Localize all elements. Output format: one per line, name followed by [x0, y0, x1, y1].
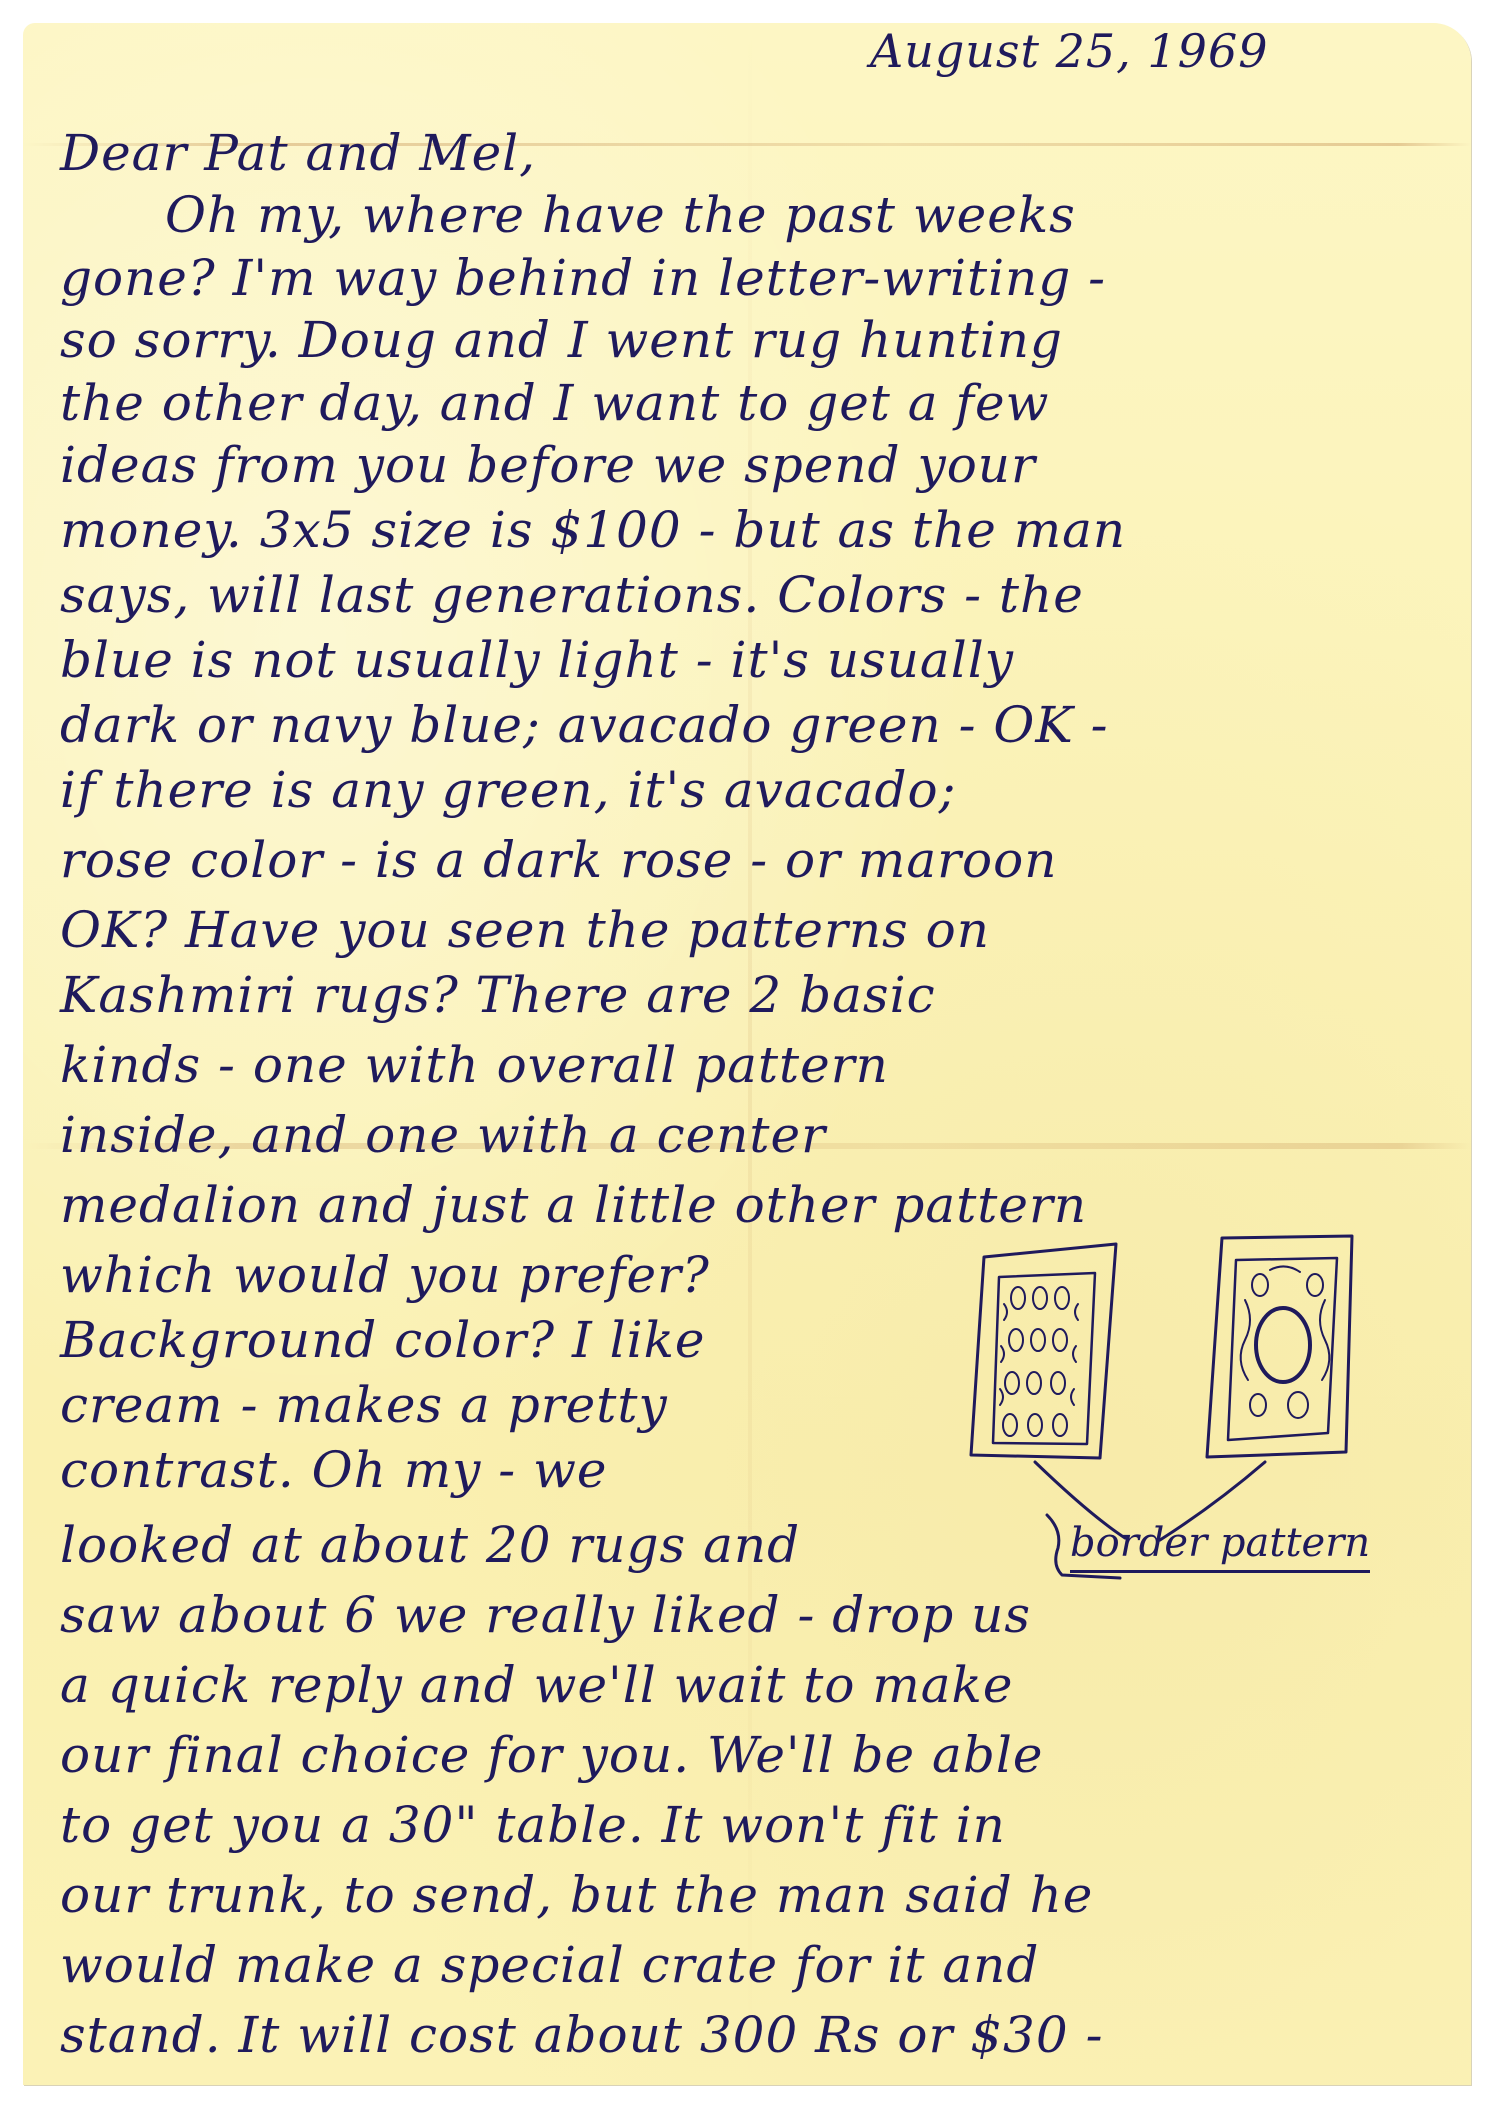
letter-date: August 25, 1969: [870, 28, 1268, 74]
letter-line: a quick reply and we'll wait to make: [60, 1660, 1013, 1710]
letter-line: inside, and one with a center: [60, 1110, 826, 1160]
letter-line: if there is any green, it's avacado;: [60, 765, 956, 815]
letter-line: our final choice for you. We'll be able: [60, 1730, 1043, 1780]
letter-line: Oh my, where have the past weeks: [165, 190, 1076, 240]
letter-line: Kashmiri rugs? There are 2 basic: [60, 970, 936, 1020]
border-pattern-label: border pattern: [1070, 1520, 1370, 1573]
letter-line: money. 3x5 size is $100 - but as the man: [60, 505, 1126, 555]
letter-line: to get you a 30" table. It won't fit in: [60, 1800, 1006, 1850]
letter-line: contrast. Oh my - we: [60, 1445, 607, 1495]
letter-line: cream - makes a pretty: [60, 1380, 668, 1430]
letter-line: looked at about 20 rugs and: [60, 1520, 800, 1570]
letter-line: which would you prefer?: [60, 1250, 710, 1300]
letter-line: kinds - one with overall pattern: [60, 1040, 889, 1090]
letter-line: dark or navy blue; avacado green - OK -: [60, 700, 1109, 750]
letter-line: says, will last generations. Colors - th…: [60, 570, 1084, 620]
letter-line: ideas from you before we spend your: [60, 440, 1036, 490]
letter-line: Background color? I like: [60, 1315, 705, 1365]
letter-line: the other day, and I want to get a few: [60, 378, 1049, 428]
letter-line: OK? Have you seen the patterns on: [60, 905, 990, 955]
letter-line: medalion and just a little other pattern: [60, 1180, 1087, 1230]
letter-line: gone? I'm way behind in letter-writing -: [60, 253, 1106, 303]
letter-line: our trunk, to send, but the man said he: [60, 1870, 1093, 1920]
salutation: Dear Pat and Mel,: [60, 128, 536, 178]
letter-line: rose color - is a dark rose - or maroon: [60, 835, 1057, 885]
letter-line: would make a special crate for it and: [60, 1940, 1039, 1990]
letter-line: blue is not usually light - it's usually: [60, 635, 1014, 685]
letter-line: stand. It will cost about 300 Rs or $30 …: [60, 2010, 1103, 2060]
letter-line: saw about 6 we really liked - drop us: [60, 1590, 1031, 1640]
letter-line: so sorry. Doug and I went rug hunting: [60, 315, 1063, 365]
